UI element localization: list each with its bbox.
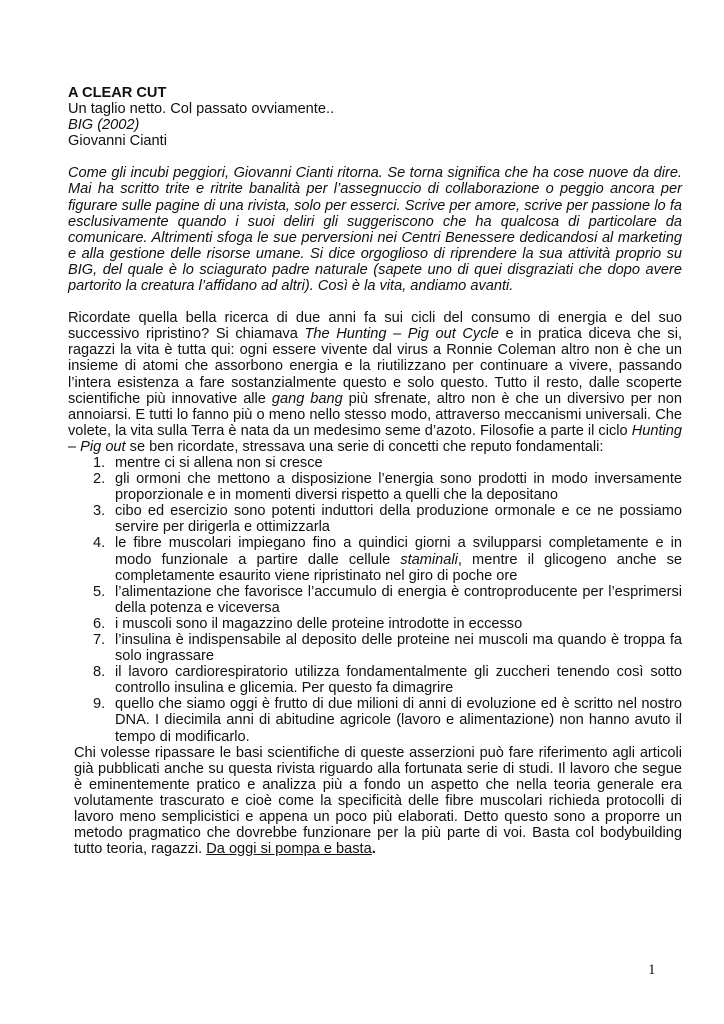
page-number: 1: [648, 962, 656, 979]
list-item: 2.gli ormoni che mettono a disposizione …: [68, 471, 682, 503]
text-span: .: [372, 841, 376, 857]
emphasis-cycle-name: The Hunting – Pig out Cycle: [304, 326, 498, 342]
list-number: 8.: [93, 664, 105, 680]
list-item: 1.mentre ci si allena non si cresce: [68, 455, 682, 471]
document-page: A CLEAR CUT Un taglio netto. Col passato…: [0, 0, 724, 1024]
list-number: 6.: [93, 616, 105, 632]
list-item: 6.i muscoli sono il magazzino delle prot…: [68, 616, 682, 632]
list-text: il lavoro cardiorespiratorio utilizza fo…: [115, 664, 682, 696]
list-item: 5.l’alimentazione che favorisce l’accumu…: [68, 584, 682, 616]
list-text: cibo ed esercizio sono potenti induttori…: [115, 503, 682, 535]
list-text: quello che siamo oggi è frutto di due mi…: [115, 696, 682, 744]
list-item: 8.il lavoro cardiorespiratorio utilizza …: [68, 664, 682, 696]
emphasis-term: gang bang: [272, 391, 343, 407]
text-span: Chi volesse ripassare le basi scientific…: [74, 745, 682, 858]
list-item: 4.le fibre muscolari impiegano fino a qu…: [68, 535, 682, 583]
intro-paragraph: Come gli incubi peggiori, Giovanni Ciant…: [68, 165, 682, 294]
list-text: l’alimentazione che favorisce l’accumulo…: [115, 584, 682, 616]
closing-paragraph: Chi volesse ripassare le basi scientific…: [74, 745, 682, 858]
publication-info: BIG (2002): [68, 117, 682, 133]
list-text: mentre ci si allena non si cresce: [115, 455, 323, 471]
list-number: 4.: [93, 535, 105, 551]
list-text: l’insulina è indispensabile al deposito …: [115, 632, 682, 664]
underlined-slogan: Da oggi si pompa e basta: [206, 841, 372, 857]
article-title: A CLEAR CUT: [68, 85, 682, 101]
list-number: 2.: [93, 471, 105, 487]
list-item: 7.l’insulina è indispensabile al deposit…: [68, 632, 682, 664]
list-number: 9.: [93, 696, 105, 712]
author-name: Giovanni Cianti: [68, 133, 682, 149]
list-number: 1.: [93, 455, 105, 471]
list-number: 5.: [93, 584, 105, 600]
text-span: se ben ricordate, stressava una serie di…: [126, 439, 604, 455]
concepts-list: 1.mentre ci si allena non si cresce 2.gl…: [68, 455, 682, 745]
list-text: i muscoli sono il magazzino delle protei…: [115, 616, 522, 632]
list-number: 7.: [93, 632, 105, 648]
article-content: A CLEAR CUT Un taglio netto. Col passato…: [68, 85, 682, 857]
list-text: gli ormoni che mettono a disposizione l’…: [115, 471, 682, 503]
body-paragraph: Ricordate quella bella ricerca di due an…: [68, 310, 682, 455]
list-number: 3.: [93, 503, 105, 519]
emphasis-term: staminali: [400, 552, 458, 568]
article-subtitle: Un taglio netto. Col passato ovviamente.…: [68, 101, 682, 117]
list-item: 9.quello che siamo oggi è frutto di due …: [68, 696, 682, 744]
list-item: 3.cibo ed esercizio sono potenti indutto…: [68, 503, 682, 535]
